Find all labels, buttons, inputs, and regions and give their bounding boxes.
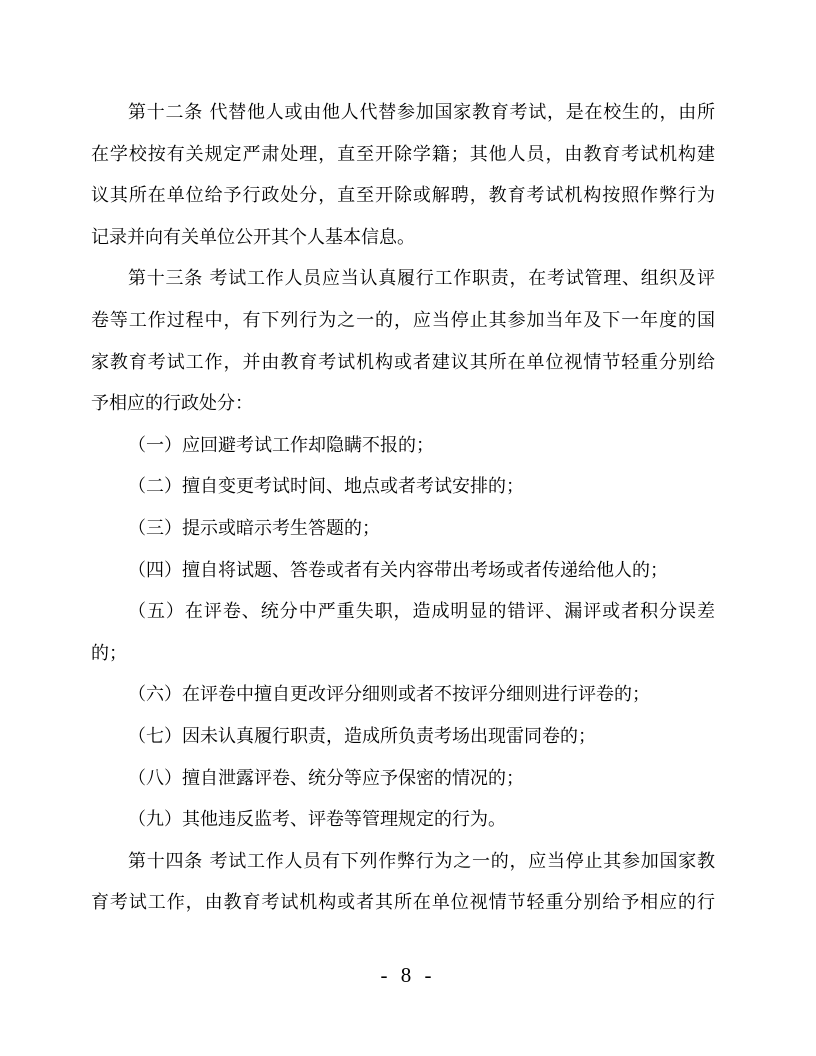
document-page: 第十二条 代替他人或由他人代替参加国家教育考试，是在校生的，由所 在学校按有关规… <box>0 0 816 1056</box>
document-line: 育考试工作，由教育考试机构或者其所在单位视情节轻重分别给予相应的行 <box>91 882 715 924</box>
document-line: 卷等工作过程中，有下列行为之一的，应当停止其参加当年及下一年度的国 <box>91 300 715 342</box>
document-line: （七）因未认真履行职责，造成所负责考场出现雷同卷的； <box>91 716 715 758</box>
document-line: 记录并向有关单位公开其个人基本信息。 <box>91 217 715 259</box>
document-line: （九）其他违反监考、评卷等管理规定的行为。 <box>91 799 715 841</box>
page-number: - 8 - <box>0 963 816 988</box>
document-line: （六）在评卷中擅自更改评分细则或者不按评分细则进行评卷的； <box>91 674 715 716</box>
document-line: （五）在评卷、统分中严重失职，造成明显的错评、漏评或者积分误差 <box>91 591 715 633</box>
document-line: 予相应的行政处分： <box>91 383 715 425</box>
document-line: 第十三条 考试工作人员应当认真履行工作职责，在考试管理、组织及评 <box>91 258 715 300</box>
document-line: （八）擅自泄露评卷、统分等应予保密的情况的； <box>91 758 715 800</box>
document-body: 第十二条 代替他人或由他人代替参加国家教育考试，是在校生的，由所 在学校按有关规… <box>91 92 715 924</box>
document-line: （一）应回避考试工作却隐瞒不报的； <box>91 425 715 467</box>
document-line: 在学校按有关规定严肃处理，直至开除学籍；其他人员，由教育考试机构建 <box>91 134 715 176</box>
document-line: （四）擅自将试题、答卷或者有关内容带出考场或者传递给他人的； <box>91 550 715 592</box>
document-line: （二）擅自变更考试时间、地点或者考试安排的； <box>91 466 715 508</box>
document-line: 的； <box>91 633 715 675</box>
document-line: 第十四条 考试工作人员有下列作弊行为之一的，应当停止其参加国家教 <box>91 841 715 883</box>
document-line: 第十二条 代替他人或由他人代替参加国家教育考试，是在校生的，由所 <box>91 92 715 134</box>
document-line: 议其所在单位给予行政处分，直至开除或解聘，教育考试机构按照作弊行为 <box>91 175 715 217</box>
document-line: （三）提示或暗示考生答题的； <box>91 508 715 550</box>
document-line: 家教育考试工作，并由教育考试机构或者建议其所在单位视情节轻重分别给 <box>91 342 715 384</box>
